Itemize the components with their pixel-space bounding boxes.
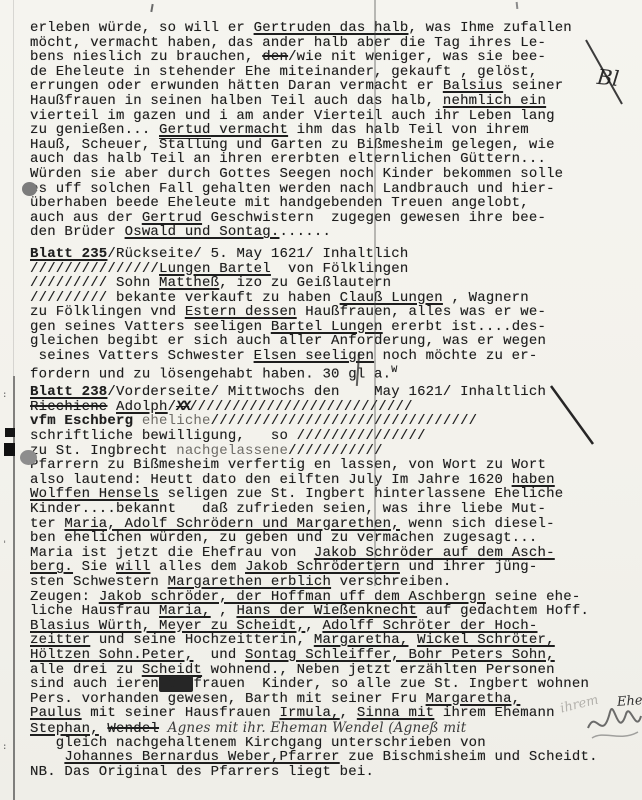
typed-text: errungen oder erwunden hätten Daran verm… bbox=[30, 78, 443, 94]
typed-text: Maria, bbox=[159, 603, 211, 619]
document-line: gleich nachgehaltenem Kirchgang untersch… bbox=[30, 736, 636, 751]
typed-text: ...... bbox=[279, 224, 331, 240]
document-line: Kinder....bekannt daß zufrieden seien, w… bbox=[30, 502, 636, 517]
typed-text: Mattheß bbox=[159, 275, 219, 291]
document-line: erleben würde, so will er Gertruden das … bbox=[30, 21, 636, 36]
typed-text: Johannes Bernardus Weber,Pfarrer bbox=[64, 749, 339, 765]
typed-text: zeitter bbox=[30, 632, 90, 648]
typed-text: vermacht bbox=[211, 122, 288, 138]
typed-text: /Vorderseite/ Mittwochs den May 1621/ In… bbox=[107, 384, 546, 400]
typed-text: auf gedachtem Hoff. bbox=[417, 603, 589, 619]
typed-text: nehmlich ein bbox=[443, 93, 546, 109]
typed-text: zu genießen... bbox=[30, 122, 159, 138]
document-line: ben ehelichen würden, zu geben und zu ve… bbox=[30, 531, 636, 546]
typed-text: Gertruden das halb bbox=[254, 20, 409, 36]
typed-text: Irmula, bbox=[279, 705, 339, 721]
document-line: überhaben beede Eheleute mit handgebende… bbox=[30, 196, 636, 211]
document-line: Zeugen: Jakob schröder, der Hoffman uff … bbox=[30, 590, 636, 605]
document-line: sten Schwestern Margarethen erblich vers… bbox=[30, 575, 636, 590]
typed-text: ben ehelichen würden, zu geben und zu ve… bbox=[30, 530, 537, 546]
document-line: Pfarrern zu Bißmesheim verfertig en lass… bbox=[30, 458, 636, 473]
typed-text: Estern dessen bbox=[185, 304, 297, 320]
typed-text: Jakob Schrödertern bbox=[245, 559, 400, 575]
margin-note-ehe: Ehe bbox=[617, 693, 642, 710]
typed-text: /Rückseite/ 5. May 1621/ Inhaltlich bbox=[107, 246, 408, 262]
typed-text: erleben würde, so will er bbox=[30, 20, 254, 36]
typed-text: seiner bbox=[503, 78, 563, 94]
margin-mark: : bbox=[2, 742, 7, 752]
entry-blatt-235: Blatt 235/Rückseite/ 5. May 1621/ Inhalt… bbox=[30, 247, 636, 378]
typed-text: auch das halb Teil an ihren ererbten elt… bbox=[30, 151, 546, 167]
document-line: seines Vatters Schwester Elsen seeligen … bbox=[30, 349, 636, 364]
document-line: sind auch ierenHofffrauen Kinder, so all… bbox=[30, 677, 636, 692]
margin-mark: ' bbox=[2, 540, 7, 550]
document-line: es uff solchen Fall gehalten werden nach… bbox=[30, 182, 636, 197]
typed-text: berg. bbox=[30, 559, 73, 575]
typed-text: Pfarrern zu Bißmesheim verfertig en lass… bbox=[30, 457, 546, 473]
typed-text bbox=[30, 749, 64, 765]
typed-text: den bbox=[262, 49, 288, 65]
typed-text: , izo zu Geißlautern bbox=[219, 275, 391, 291]
document-line: vfm Eschberg eheliche///////////////////… bbox=[30, 414, 636, 429]
document-line: berg. Sie will alles dem Jakob Schrödert… bbox=[30, 560, 636, 575]
entry-blatt-234: erleben würde, so will er Gertruden das … bbox=[30, 21, 636, 240]
typed-text: und seine Hochzeitterin, bbox=[90, 632, 314, 648]
typed-text: Wickel Schröter, bbox=[417, 632, 555, 648]
document-line: liche Hausfrau Maria, , Hans der Wießenk… bbox=[30, 604, 636, 619]
typed-text: ihm das halb Teil von ihrem bbox=[288, 122, 529, 138]
typed-text: will bbox=[116, 559, 150, 575]
typed-text: , bbox=[211, 603, 237, 619]
document-line: Würden sie aber durch Gottes Seegen noch… bbox=[30, 167, 636, 182]
typed-text: Sie bbox=[73, 559, 116, 575]
document-line: Blatt 238/Vorderseite/ Mittwochs den May… bbox=[30, 385, 636, 400]
typed-text: Würden sie aber durch Gottes Seegen noch… bbox=[30, 166, 563, 182]
typed-text: ihrem Ehemann bbox=[434, 705, 554, 721]
typed-text: noch möchte zu er- bbox=[374, 348, 537, 364]
document-blocks: erleben würde, so will er Gertruden das … bbox=[30, 21, 636, 786]
typed-text: und bbox=[193, 647, 245, 663]
typed-text: , was Ihme zufallen bbox=[408, 20, 571, 36]
typed-text: /////////////// bbox=[297, 428, 426, 444]
typed-text: seines Vatters Schwester bbox=[30, 348, 254, 364]
typed-text: schriftliche bewilligung, so bbox=[30, 428, 297, 444]
typed-text: zu Fölklingen vnd bbox=[30, 304, 185, 320]
typed-text bbox=[408, 632, 417, 648]
typed-text: Blatt 238 bbox=[30, 384, 107, 400]
document-line: Johannes Bernardus Weber,Pfarrer zue Bis… bbox=[30, 750, 636, 765]
typed-text: frauen Kinder, so alle zue St. Ingbert w… bbox=[193, 676, 589, 692]
document-line: Blatt 235/Rückseite/ 5. May 1621/ Inhalt… bbox=[30, 247, 636, 262]
document-line: Haußfrauen in seinen halben Teil auch da… bbox=[30, 94, 636, 109]
typed-text: überhaben beede Eheleute mit handgebende… bbox=[30, 195, 529, 211]
typed-text: W bbox=[391, 365, 397, 376]
typed-text: Margaretha, bbox=[314, 632, 409, 648]
document-line: zu Fölklingen vnd Estern dessen Haußfrau… bbox=[30, 305, 636, 320]
margin-mark: : bbox=[2, 390, 7, 400]
document-line: errungen oder erwunden hätten Daran verm… bbox=[30, 79, 636, 94]
typed-text: XX bbox=[175, 400, 190, 415]
document-line: gleichen begibt er sich auch aller Anfor… bbox=[30, 334, 636, 349]
document-line: ///////////////Lungen Bartel von Fölklin… bbox=[30, 262, 636, 277]
typed-text: mit seiner Hausfrauen bbox=[82, 705, 280, 721]
typed-text: sind auch ieren bbox=[30, 676, 159, 692]
document-line: NB. Das Original des Pfarrers liegt bei. bbox=[30, 765, 636, 780]
typed-text: Margarethen erblich bbox=[168, 574, 331, 590]
typed-text: Sinna mit bbox=[357, 705, 434, 721]
document-line: zu genießen... Gertud vermacht ihm das h… bbox=[30, 123, 636, 138]
document-line: ter Maria, Adolf Schrödern und Margareth… bbox=[30, 517, 636, 532]
document-line: fordern und zu lösengehabt haben. 30 gl … bbox=[30, 364, 636, 379]
typed-text: alles dem bbox=[150, 559, 245, 575]
typed-text: /wie nit weniger, was sie bee- bbox=[288, 49, 546, 65]
handwritten-text: Agnes mit ihr. Eheman Wendel (Agneß mit bbox=[168, 720, 467, 736]
document-line: Paulus mit seiner Hausfrauen Irmula,, Si… bbox=[30, 706, 636, 721]
document-line: Höltzen Sohn.Peter, und Sontag Schleiffe… bbox=[30, 648, 636, 663]
typed-text: seligen zue St. Ingbert hinterlassene Eh… bbox=[159, 486, 563, 502]
typed-text: ///////// Sohn bbox=[30, 275, 159, 291]
typed-text: sten Schwestern bbox=[30, 574, 168, 590]
typed-text: Sontag Schleiffer, Bohr Peters Sohn, bbox=[245, 647, 555, 663]
typed-text: Balsius bbox=[443, 78, 503, 94]
typed-text: den Brüder bbox=[30, 224, 125, 240]
typed-text: Hans der Wießenknecht bbox=[236, 603, 417, 619]
document-line: ///////// Sohn Mattheß, izo zu Geißlaute… bbox=[30, 276, 636, 291]
entry-blatt-238: Blatt 238/Vorderseite/ Mittwochs den May… bbox=[30, 385, 636, 779]
document-line: auch das halb Teil an ihren ererbten elt… bbox=[30, 152, 636, 167]
typed-text: Paulus bbox=[30, 705, 82, 721]
typed-text: Haußfrauen, alles was er we- bbox=[297, 304, 546, 320]
margin-note-bl: Bl bbox=[596, 65, 621, 91]
typed-text: verschreiben. bbox=[331, 574, 451, 590]
typed-text: Blatt 235 bbox=[30, 246, 107, 262]
typed-text: Haußfrauen in seinen halben Teil auch da… bbox=[30, 93, 443, 109]
document-line: schriftliche bewilligung, so ///////////… bbox=[30, 429, 636, 444]
typed-text: bens nieslich zu brauchen, bbox=[30, 49, 262, 65]
typed-text: liche Hausfrau bbox=[30, 603, 159, 619]
document-line: bens nieslich zu brauchen, den/wie nit w… bbox=[30, 50, 636, 65]
typed-text: Oswald und Sontag. bbox=[125, 224, 280, 240]
document-line: den Brüder Oswald und Sontag....... bbox=[30, 225, 636, 240]
typed-text: Elsen seeligen bbox=[254, 348, 374, 364]
document-line: alle drei zu Scheidt wohnend., Neben jet… bbox=[30, 663, 636, 678]
typed-text: Höltzen Sohn.Peter, bbox=[30, 647, 193, 663]
document-line: zeitter und seine Hochzeitterin, Margare… bbox=[30, 633, 636, 648]
document-line: vierteil im gazen und i am ander Viertei… bbox=[30, 109, 636, 124]
typed-text: fordern und zu lösengehabt haben. 30 gl … bbox=[30, 366, 391, 382]
document-line: Wolffen Hensels seligen zue St. Ingbert … bbox=[30, 487, 636, 502]
document-line: Stephan, Wendel Agnes mit ihr. Eheman We… bbox=[30, 721, 636, 736]
typed-text: NB. Das Original des Pfarrers liegt bei. bbox=[30, 764, 374, 780]
typed-text: und ihrer jüng- bbox=[400, 559, 538, 575]
typed-text: zue Bischmisheim und Scheidt. bbox=[340, 749, 598, 765]
typed-text: Wolffen Hensels bbox=[30, 486, 159, 502]
typed-text: Kinder....bekannt daß zufrieden seien, w… bbox=[30, 501, 546, 517]
typed-text: Hoff bbox=[159, 676, 193, 692]
typed-text: , bbox=[340, 705, 357, 721]
document-line: möcht, vermacht haben, das ander halb ab… bbox=[30, 36, 636, 51]
